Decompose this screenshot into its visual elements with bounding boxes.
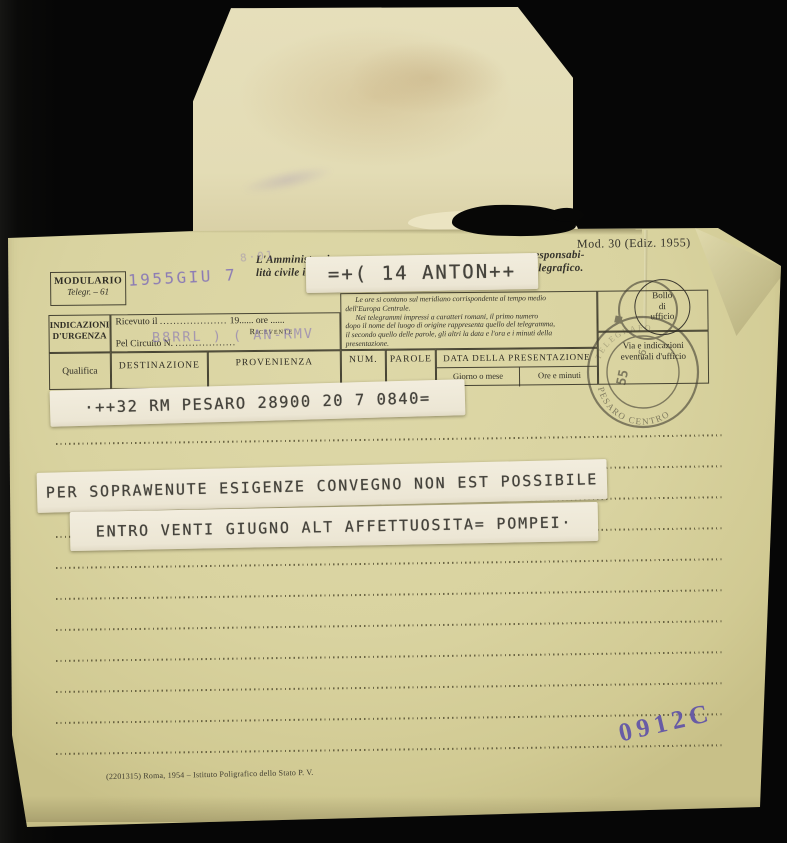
telegram-scan: Mod. 30 (Ediz. 1955) MODULARIO Telegr. –… xyxy=(0,0,787,843)
routing-tape-text: =+( 14 ANTON++ xyxy=(328,260,517,285)
ruled-line xyxy=(56,589,722,600)
modulario-box: MODULARIO Telegr. – 61 xyxy=(50,271,126,306)
urgency-box: INDICAZIONI D'URGENZA xyxy=(48,314,110,353)
message-line-2: ENTRO VENTI GIUGNO ALT AFFETTUOSITA= POM… xyxy=(96,513,573,540)
modulario-series: Telegr. – 61 xyxy=(51,286,125,297)
ink-blot xyxy=(614,315,622,323)
ruled-line xyxy=(56,651,722,662)
service-line-text: ·++32 RM PESARO 28900 20 7 0840= xyxy=(84,389,431,417)
modulario-title: MODULARIO xyxy=(51,275,125,287)
received-year: 19...... xyxy=(230,316,254,326)
postmark-group: PESARO CENTRO TELEGRAFO -6 55 xyxy=(565,270,735,470)
ruled-line xyxy=(56,558,722,569)
urgency-line-2: D'URGENZA xyxy=(50,330,110,342)
column-qualifica: Qualifica xyxy=(49,352,111,390)
ruled-line xyxy=(56,620,722,631)
postmark-date-line-2: 55 xyxy=(614,368,632,386)
received-label: Ricevuto il xyxy=(115,317,157,327)
ruled-line xyxy=(56,682,722,693)
postmark-date-line-1: -6 xyxy=(636,349,649,363)
bottom-shade xyxy=(20,796,765,822)
received-dots: .................... xyxy=(160,316,228,327)
model-edition-label: Mod. 30 (Ediz. 1955) xyxy=(577,235,691,252)
received-hour: ore ...... xyxy=(256,316,285,326)
large-postmark-outer-ring xyxy=(588,317,698,427)
urgency-line-1: INDICAZIONI xyxy=(49,319,109,331)
routing-tape: =+( 14 ANTON++ xyxy=(306,253,539,293)
admin-notice-right-1: responsabi- xyxy=(530,249,585,262)
notice-fine-print: Le ore si contano sul meridiano corrispo… xyxy=(340,291,598,350)
column-destinazione: DESTINAZIONE xyxy=(111,351,208,389)
message-line-1: PER SOPRAWENUTE ESIGENZE CONVEGNO NON ES… xyxy=(46,470,599,501)
torn-hole xyxy=(452,204,577,237)
printer-imprint: (2201315) Roma, 1954 – Istituto Poligraf… xyxy=(106,768,314,781)
